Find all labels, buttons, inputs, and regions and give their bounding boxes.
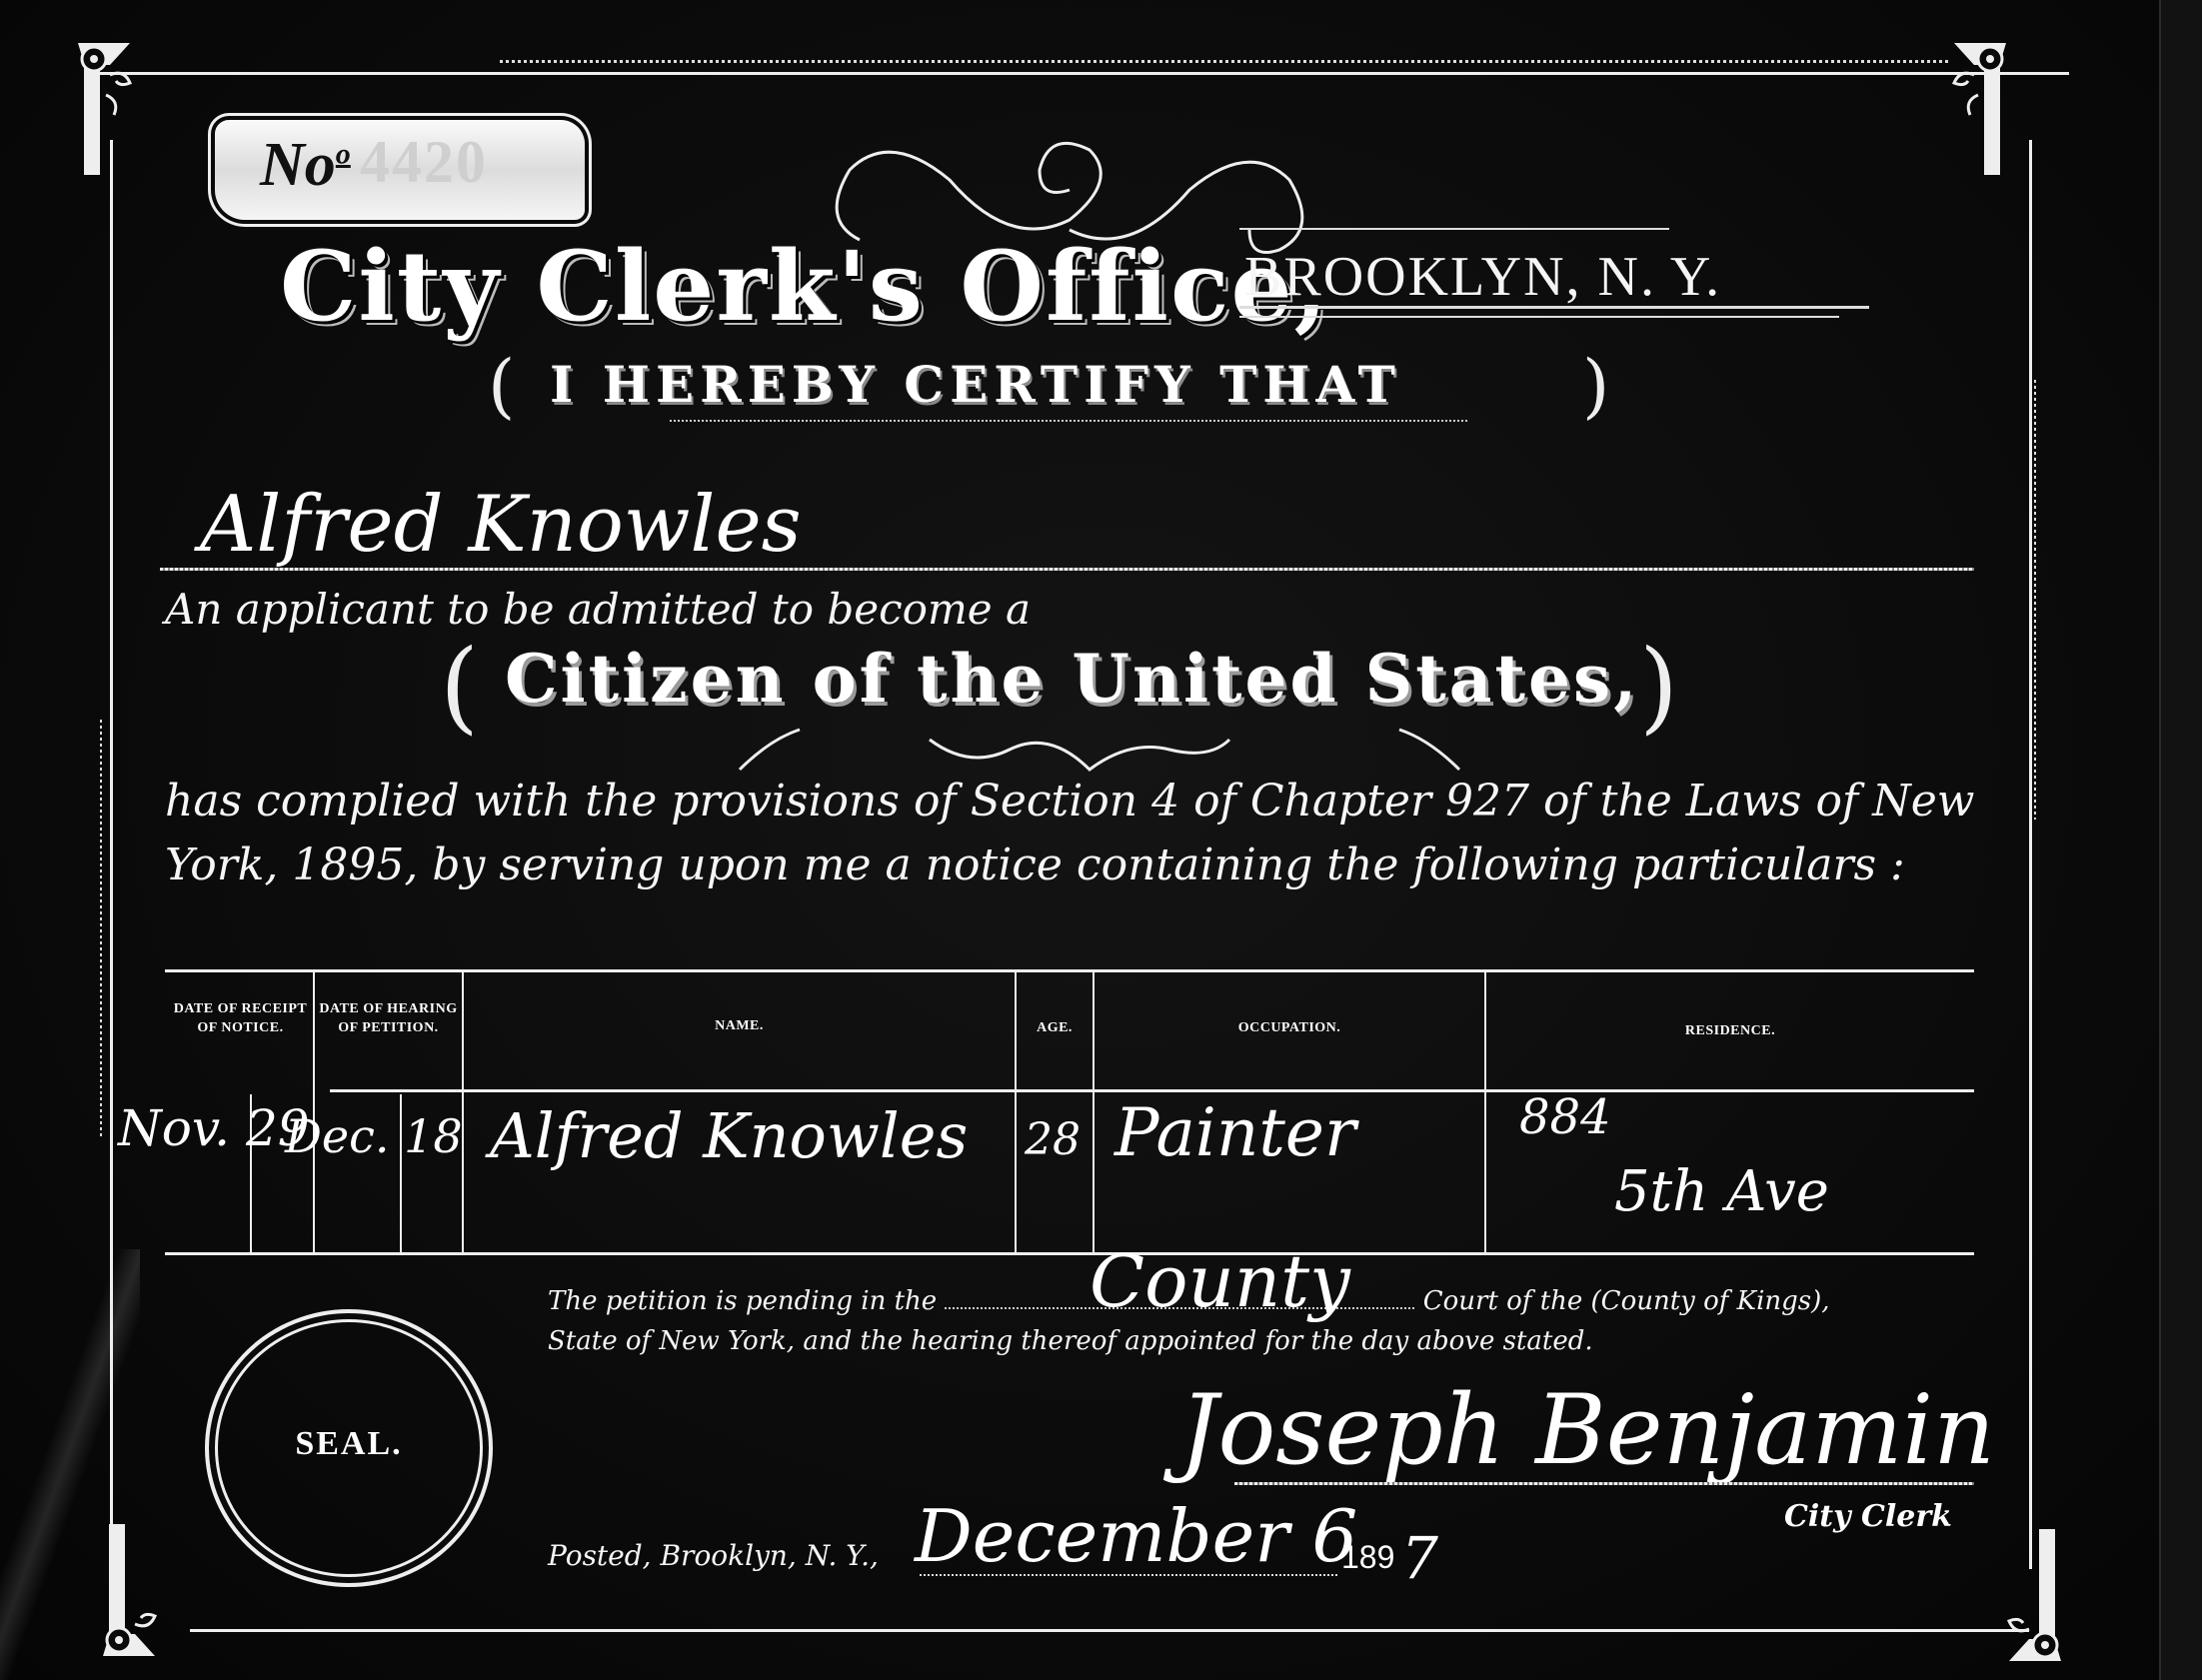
applicant-name-handwritten: Alfred Knowles — [200, 480, 802, 570]
table-top-rule — [165, 969, 1974, 972]
posted-prefix: Posted, Brooklyn, N. Y., — [548, 1539, 879, 1572]
clerk-signature-handwritten: Joseph Benjamin — [1179, 1374, 1995, 1486]
table-header-hearing-date: DATE OF HEARING OF PETITION. — [315, 999, 462, 1037]
table-header-receipt-date: DATE OF RECEIPT OF NOTICE. — [168, 999, 313, 1037]
office-title: City Clerk's Office, — [280, 230, 1329, 343]
certify-dotted-rule — [670, 420, 1469, 422]
citizen-right-flourish-icon: ) — [1639, 628, 1678, 745]
table-header-name: NAME. — [464, 1016, 1015, 1035]
table-col-divider — [1093, 972, 1095, 1252]
occupation-handwritten: Painter — [1114, 1094, 1356, 1171]
receipt-date-handwritten: Nov. 29 — [118, 1099, 310, 1157]
seal-label: SEAL. — [209, 1425, 489, 1463]
signature-line — [1234, 1482, 1974, 1485]
name-handwritten: Alfred Knowles — [490, 1099, 968, 1172]
compliance-body-text: has complied with the provisions of Sect… — [165, 770, 1994, 897]
citizen-left-flourish-icon: ( — [440, 628, 479, 745]
pending-suffix: Court of the (County of Kings), — [1423, 1286, 1830, 1316]
frame-bottom-rule — [190, 1629, 2029, 1632]
location-heading: BROOKLYN, N. Y. — [1244, 245, 1721, 309]
location-upper-rule — [1239, 228, 1669, 230]
certify-left-flourish-icon: ( — [488, 345, 515, 427]
number-label: Noo — [260, 130, 351, 201]
court-handwritten: County — [1090, 1239, 1350, 1323]
posted-date-handwritten: December 6 — [915, 1494, 1357, 1578]
pending-line2: State of New York, and the hearing there… — [548, 1326, 1593, 1356]
certify-right-flourish-icon: ) — [1582, 345, 1609, 427]
frame-left-rule — [110, 140, 113, 1559]
applicant-statement: An applicant to be admitted to become a — [165, 585, 1031, 634]
table-header-residence: RESIDENCE. — [1486, 1021, 1974, 1040]
age-handwritten: 28 — [1025, 1114, 1081, 1165]
certify-heading: I HEREBY CERTIFY THAT — [550, 355, 1401, 414]
corner-ornament-bottom-right-icon — [1959, 1519, 2069, 1669]
table-bottom-rule — [165, 1252, 1974, 1255]
corner-ornament-top-right-icon — [1904, 35, 2014, 185]
corner-ornament-top-left-icon — [70, 35, 180, 185]
residence-street-handwritten: 5th Ave — [1614, 1159, 1829, 1224]
table-col-divider — [1015, 972, 1017, 1252]
certificate-number: 4420 — [360, 128, 488, 197]
applicant-name-line — [160, 568, 1974, 571]
certificate-number-cartouche: Noo 4420 — [215, 120, 585, 220]
paper-edge-strip — [2159, 0, 2202, 1680]
frame-top-twisted-rule — [500, 60, 1949, 63]
location-lower-rule-2 — [1239, 316, 1839, 318]
posted-year-handwritten: 7 — [1401, 1524, 1438, 1592]
frame-left-twisted-rule — [100, 720, 102, 1139]
table-header-age: AGE. — [1017, 1018, 1093, 1037]
hearing-date-handwritten: Dec. 18 — [285, 1109, 463, 1163]
table-col-divider — [1484, 972, 1486, 1252]
frame-top-rule — [90, 72, 2069, 75]
clerk-title: City Clerk — [1784, 1499, 1952, 1534]
frame-right-twisted-rule — [2034, 380, 2036, 820]
corner-ornament-bottom-left-icon — [95, 1514, 205, 1664]
location-lower-rule — [1239, 306, 1869, 309]
citizen-heading: Citizen of the United States, — [505, 640, 1639, 718]
residence-number-handwritten: 884 — [1519, 1089, 1611, 1145]
pending-prefix: The petition is pending in the — [548, 1286, 937, 1316]
seal-circle: SEAL. — [205, 1309, 493, 1587]
posted-year-printed: 189 — [1341, 1539, 1394, 1576]
table-header-rule — [330, 1089, 1974, 1092]
frame-right-rule — [2029, 140, 2032, 1569]
table-header-occupation: OCCUPATION. — [1095, 1018, 1484, 1037]
